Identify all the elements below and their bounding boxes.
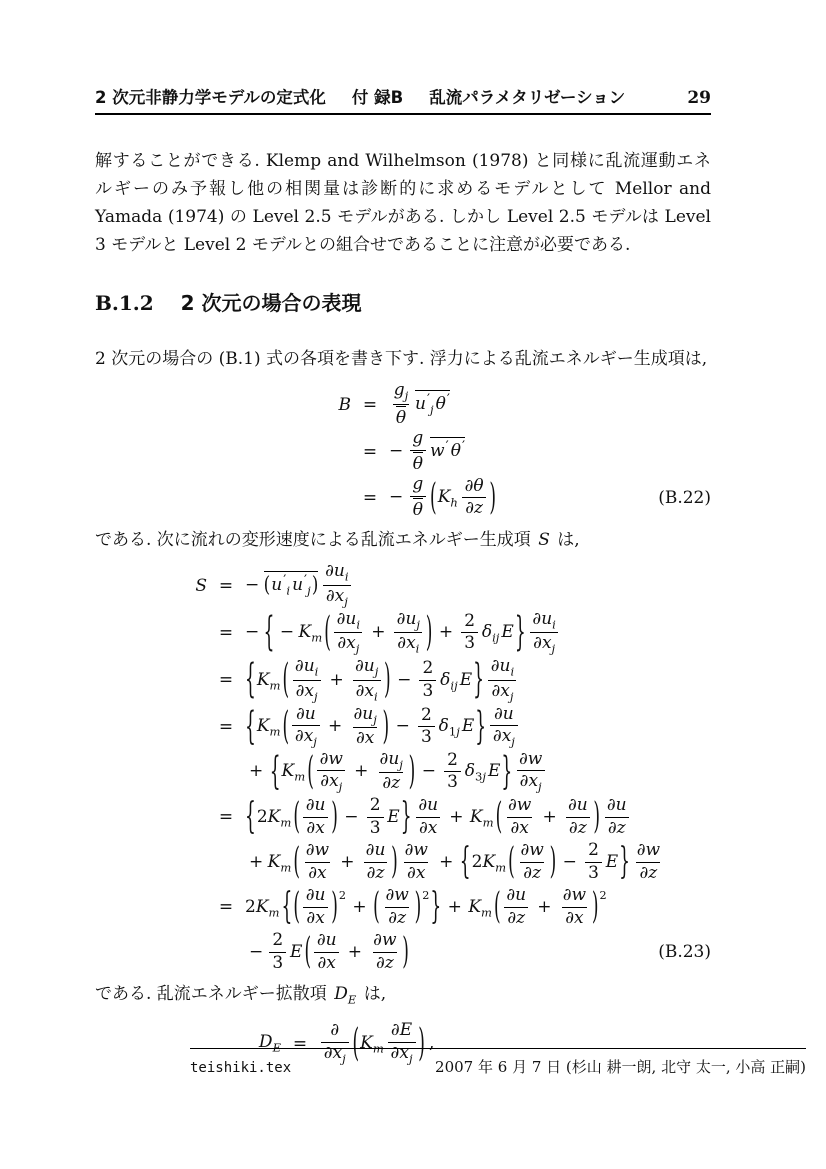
footer-date-authors: 2007 年 6 月 7 日 (杉山 耕一朗, 北守 太一, 小高 正嗣)	[435, 1056, 806, 1077]
equation-rhs: −(u′iu′j)∂ui∂xj	[245, 562, 353, 608]
equation-rhs: −gθ(Kh∂θ∂z)	[389, 475, 496, 520]
equation-row: −23E(∂u∂x+∂w∂z)(B.23)	[189, 930, 711, 974]
text-after-inline-math: は,	[358, 984, 386, 1004]
equation-relation: =	[207, 897, 245, 917]
equation-relation: =	[207, 623, 245, 643]
chapter-title: 乱流パラメタリゼーション	[429, 84, 625, 108]
equation-row: S=−(u′iu′j)∂ui∂xj	[189, 562, 711, 608]
running-title: 2 次元非静力学モデルの定式化	[95, 84, 326, 108]
equation-b22: B=gjθu′jθ′=−gθw′θ′=−gθ(Kh∂θ∂z)(B.22)	[95, 381, 711, 520]
page-footer: teishiki.tex 2007 年 6 月 7 日 (杉山 耕一朗, 北守 …	[190, 1048, 806, 1077]
paragraph-lead: 2 次元の場合の (B.1) 式の各項を書き下す. 浮力による乱流エネルギー生成…	[95, 345, 711, 373]
page-number: 29	[687, 88, 711, 108]
text-before-inline-math: である. 乱流エネルギー拡散項	[95, 984, 332, 1004]
equation-row: ={Km(∂u∂xj+∂uj∂x)−23δ1jE}∂u∂xj	[189, 705, 711, 749]
equation-row: B=gjθu′jθ′	[333, 381, 711, 428]
equation-row: =−gθ(Kh∂θ∂z)(B.22)	[333, 475, 711, 520]
equation-row: +{Km(∂w∂xj+∂uj∂z)−23δ3jE}∂w∂xj	[189, 750, 711, 794]
equation-rhs: {2Km(∂u∂x)−23E}∂u∂x+Km(∂w∂x+∂u∂z)∂u∂z	[245, 796, 631, 838]
footer-rule	[190, 1048, 806, 1049]
section-heading: B.1.2 2 次元の場合の表現	[95, 289, 711, 317]
equation-lhs: B	[333, 395, 351, 415]
equation-relation: =	[207, 576, 245, 596]
equation-rhs: −23E(∂u∂x+∂w∂z)	[245, 931, 409, 973]
document-page: 2 次元非静力学モデルの定式化 付 録B 乱流パラメタリゼーション 29 解する…	[0, 0, 826, 1169]
equation-relation: =	[351, 488, 389, 508]
equation-row: ={Km(∂ui∂xj+∂uj∂xi)−23δijE}∂ui∂xj	[189, 657, 711, 703]
page-header: 2 次元非静力学モデルの定式化 付 録B 乱流パラメタリゼーション 29	[95, 84, 711, 115]
equation-row: =2Km{(∂u∂x)2+(∂w∂z)2}+Km(∂u∂z+∂w∂x)2	[189, 885, 711, 929]
inline-math-de: DE	[334, 984, 356, 1004]
equation-rhs: gjθu′jθ′	[389, 381, 450, 428]
equation-rhs: 2Km{(∂u∂x)2+(∂w∂z)2}+Km(∂u∂z+∂w∂x)2	[245, 886, 607, 928]
equation-rhs: +{Km(∂w∂xj+∂uj∂z)−23δ3jE}∂w∂xj	[245, 750, 547, 794]
appendix-label: 付 録B	[352, 84, 403, 108]
page-content: 2 次元非静力学モデルの定式化 付 録B 乱流パラメタリゼーション 29 解する…	[95, 0, 711, 1169]
equation-row: =−{−Km(∂ui∂xj+∂uj∂xi)+23δijE}∂ui∂xj	[189, 610, 711, 656]
equation-rhs: +Km(∂w∂x+∂u∂z)∂w∂x+{2Km(∂w∂z)−23E}∂w∂z	[245, 841, 665, 883]
equation-row: =−gθw′θ′	[333, 429, 711, 474]
footer-row: teishiki.tex 2007 年 6 月 7 日 (杉山 耕一朗, 北守 …	[190, 1056, 806, 1077]
equation-relation: =	[207, 807, 245, 827]
equation-rhs: −{−Km(∂ui∂xj+∂uj∂xi)+23δijE}∂ui∂xj	[245, 610, 561, 656]
equation-relation: =	[207, 717, 245, 737]
equation-rhs: −gθw′θ′	[389, 429, 465, 474]
section-title: 2 次元の場合の表現	[181, 291, 362, 315]
equation-relation: =	[351, 442, 389, 462]
equation-b23: S=−(u′iu′j)∂ui∂xj=−{−Km(∂ui∂xj+∂uj∂xi)+2…	[95, 562, 711, 974]
text-after-inline-math: は,	[552, 530, 580, 550]
equation-tag: (B.22)	[646, 488, 711, 508]
equation-tag: (B.23)	[646, 942, 711, 962]
equation-relation: =	[207, 670, 245, 690]
paragraph-after-b22: である. 次に流れの変形速度による乱流エネルギー生成項 S は,	[95, 526, 711, 554]
paragraph-after-b23: である. 乱流エネルギー拡散項 DE は,	[95, 980, 711, 1013]
section-number: B.1.2	[95, 291, 154, 315]
paragraph-intro: 解することができる. Klemp and Wilhelmson (1978) と…	[95, 147, 711, 259]
equation-relation: =	[351, 395, 389, 415]
equation-row: +Km(∂w∂x+∂u∂z)∂w∂x+{2Km(∂w∂z)−23E}∂w∂z	[189, 840, 711, 884]
inline-math-s: S	[538, 530, 550, 550]
equation-row: ={2Km(∂u∂x)−23E}∂u∂x+Km(∂w∂x+∂u∂z)∂u∂z	[189, 795, 711, 839]
equation-rhs: {Km(∂u∂xj+∂uj∂x)−23δ1jE}∂u∂xj	[245, 705, 520, 749]
equation-lhs: S	[189, 576, 207, 596]
text-before-inline-math: である. 次に流れの変形速度による乱流エネルギー生成項	[95, 530, 536, 550]
footer-filename: teishiki.tex	[190, 1060, 291, 1076]
equation-rhs: {Km(∂ui∂xj+∂uj∂xi)−23δijE}∂ui∂xj	[245, 657, 519, 703]
